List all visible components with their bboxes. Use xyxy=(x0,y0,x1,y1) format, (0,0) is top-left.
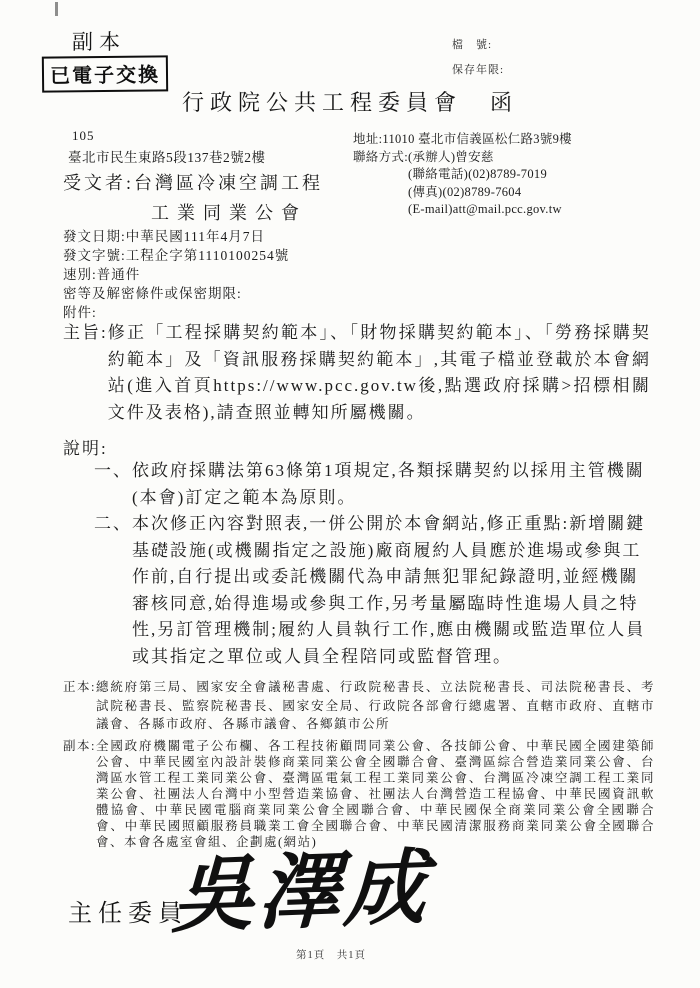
subject-text: 修正「工程採購契約範本」、「財物採購契約範本」、「勞務採購契約範本」及「資訊服務… xyxy=(108,320,651,426)
explanation-items: 一、 依政府採購法第63條第1項規定,各類採購契約以採用主管機關(本會)訂定之範… xyxy=(94,458,651,670)
explanation-item-2-text: 本次修正內容對照表,一併公開於本會網站,修正重點:新增關鍵基礎設施(或機關指定之… xyxy=(132,511,651,670)
chairman-title: 主任委員 xyxy=(68,893,188,928)
speed-class: 速別:普通件 xyxy=(63,265,289,284)
issue-date: 發文日期:中華民國111年4月7日 xyxy=(63,227,289,246)
recipient-address: 臺北市民生東路5段137巷2號2樓 xyxy=(68,146,266,166)
agency-address: 地址:11010 臺北市信義區松仁路3號9樓 xyxy=(353,131,572,149)
recipient-zip: 105 xyxy=(72,128,95,144)
original-text: 總統府第三局、國家安全會議秘書處、行政院秘書長、立法院秘書長、司法院秘書長、考試… xyxy=(96,678,655,734)
contact-phone: (聯絡電話)(02)8789-7019 xyxy=(408,166,562,184)
scan-artifact xyxy=(55,2,58,16)
explanation-label: 說明: xyxy=(63,434,108,459)
file-number-label: 檔 號: xyxy=(452,33,504,58)
recipient-line1: 受文者:台灣區冷凍空調工程 xyxy=(63,168,323,198)
file-number-block: 檔 號: 保存年限: xyxy=(452,33,504,83)
distribution-block: 正本: 總統府第三局、國家安全會議秘書處、行政院秘書長、立法院秘書長、司法院秘書… xyxy=(63,678,655,850)
agency-contact-row: 聯絡方式: (承辦人)曾安慈 (聯絡電話)(02)8789-7019 (傳真)(… xyxy=(353,149,572,219)
copy-text: 全國政府機關電子公布欄、各工程技術顧問同業公會、各技師公會、中華民國全國建築師公… xyxy=(96,738,655,850)
recipient-line2: 工業同業公會 xyxy=(151,198,323,228)
original-label: 正本: xyxy=(63,678,96,697)
explanation-item-1-number: 一、 xyxy=(94,458,132,485)
subject-section: 主旨: 修正「工程採購契約範本」、「財物採購契約範本」、「勞務採購契約範本」及「… xyxy=(63,320,651,426)
subject-label: 主旨: xyxy=(63,320,108,347)
copy-recipients: 副本: 全國政府機關電子公布欄、各工程技術顧問同業公會、各技師公會、中華民國全國… xyxy=(63,738,655,850)
issue-number: 發文字號:工程企字第1110100254號 xyxy=(63,246,289,265)
page-number: 第1頁 共1頁 xyxy=(296,947,366,962)
contact-email: (E-mail)att@mail.pcc.gov.tw xyxy=(408,201,562,219)
document-meta-block: 發文日期:中華民國111年4月7日 發文字號:工程企字第1110100254號 … xyxy=(63,227,289,322)
document-title: 行政院公共工程委員會 函 xyxy=(0,86,700,117)
chairman-signature: 吳澤成 xyxy=(171,847,432,938)
contact-fax: (傳真)(02)8789-7604 xyxy=(408,184,562,202)
contact-method-label: 聯絡方式: xyxy=(353,149,408,219)
agency-contact-block: 地址:11010 臺北市信義區松仁路3號9樓 聯絡方式: (承辦人)曾安慈 (聯… xyxy=(353,131,572,219)
contact-person: (承辦人)曾安慈 xyxy=(408,149,562,167)
explanation-item-2-number: 二、 xyxy=(94,511,132,538)
retention-period-label: 保存年限: xyxy=(452,58,504,83)
explanation-item-2: 二、 本次修正內容對照表,一併公開於本會網站,修正重點:新增關鍵基礎設施(或機關… xyxy=(94,511,651,670)
copy-stamp: 副本 xyxy=(72,26,126,56)
security-class: 密等及解密條件或保密期限: xyxy=(63,284,289,303)
copy-label: 副本: xyxy=(63,738,96,754)
recipient-block: 受文者:台灣區冷凍空調工程 工業同業公會 xyxy=(63,168,323,228)
explanation-item-1: 一、 依政府採購法第63條第1項規定,各類採購契約以採用主管機關(本會)訂定之範… xyxy=(94,458,651,511)
original-recipients: 正本: 總統府第三局、國家安全會議秘書處、行政院秘書長、立法院秘書長、司法院秘書… xyxy=(63,678,655,734)
scanned-official-letter: 副本 已電子交換 行政院公共工程委員會 函 檔 號: 保存年限: 105 臺北市… xyxy=(0,0,700,988)
explanation-item-1-text: 依政府採購法第63條第1項規定,各類採購契約以採用主管機關(本會)訂定之範本為原… xyxy=(132,458,651,511)
